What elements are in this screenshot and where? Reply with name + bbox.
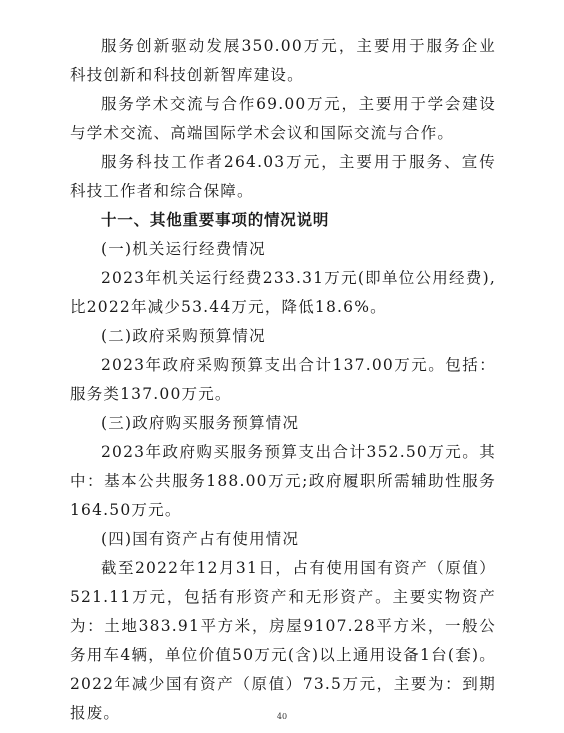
subheading-state-assets: (四)国有资产占有使用情况 [70, 525, 496, 554]
document-page: 服务创新驱动发展350.00万元，主要用于服务企业科技创新和科技创新智库建设。 … [70, 32, 496, 728]
subheading-purchased-services: (三)政府购买服务预算情况 [70, 409, 496, 438]
page-number: 40 [0, 712, 564, 721]
paragraph-procurement: 2023年政府采购预算支出合计137.00万元。包括：服务类137.00万元。 [70, 351, 496, 409]
paragraph-innovation: 服务创新驱动发展350.00万元，主要用于服务企业科技创新和科技创新智库建设。 [70, 32, 496, 90]
subheading-operating-expenses: (一)机关运行经费情况 [70, 235, 496, 264]
paragraph-state-assets: 截至2022年12月31日，占有使用国有资产（原值）521.11万元，包括有形资… [70, 554, 496, 728]
section-heading-other-matters: 十一、其他重要事项的情况说明 [70, 206, 496, 235]
paragraph-academic-exchange: 服务学术交流与合作69.00万元，主要用于学会建设与学术交流、高端国际学术会议和… [70, 90, 496, 148]
subheading-procurement: (二)政府采购预算情况 [70, 322, 496, 351]
paragraph-tech-workers: 服务科技工作者264.03万元，主要用于服务、宣传科技工作者和综合保障。 [70, 148, 496, 206]
paragraph-operating-expenses: 2023年机关运行经费233.31万元(即单位公用经费),比2022年减少53.… [70, 264, 496, 322]
paragraph-purchased-services: 2023年政府购买服务预算支出合计352.50万元。其中：基本公共服务188.0… [70, 438, 496, 525]
